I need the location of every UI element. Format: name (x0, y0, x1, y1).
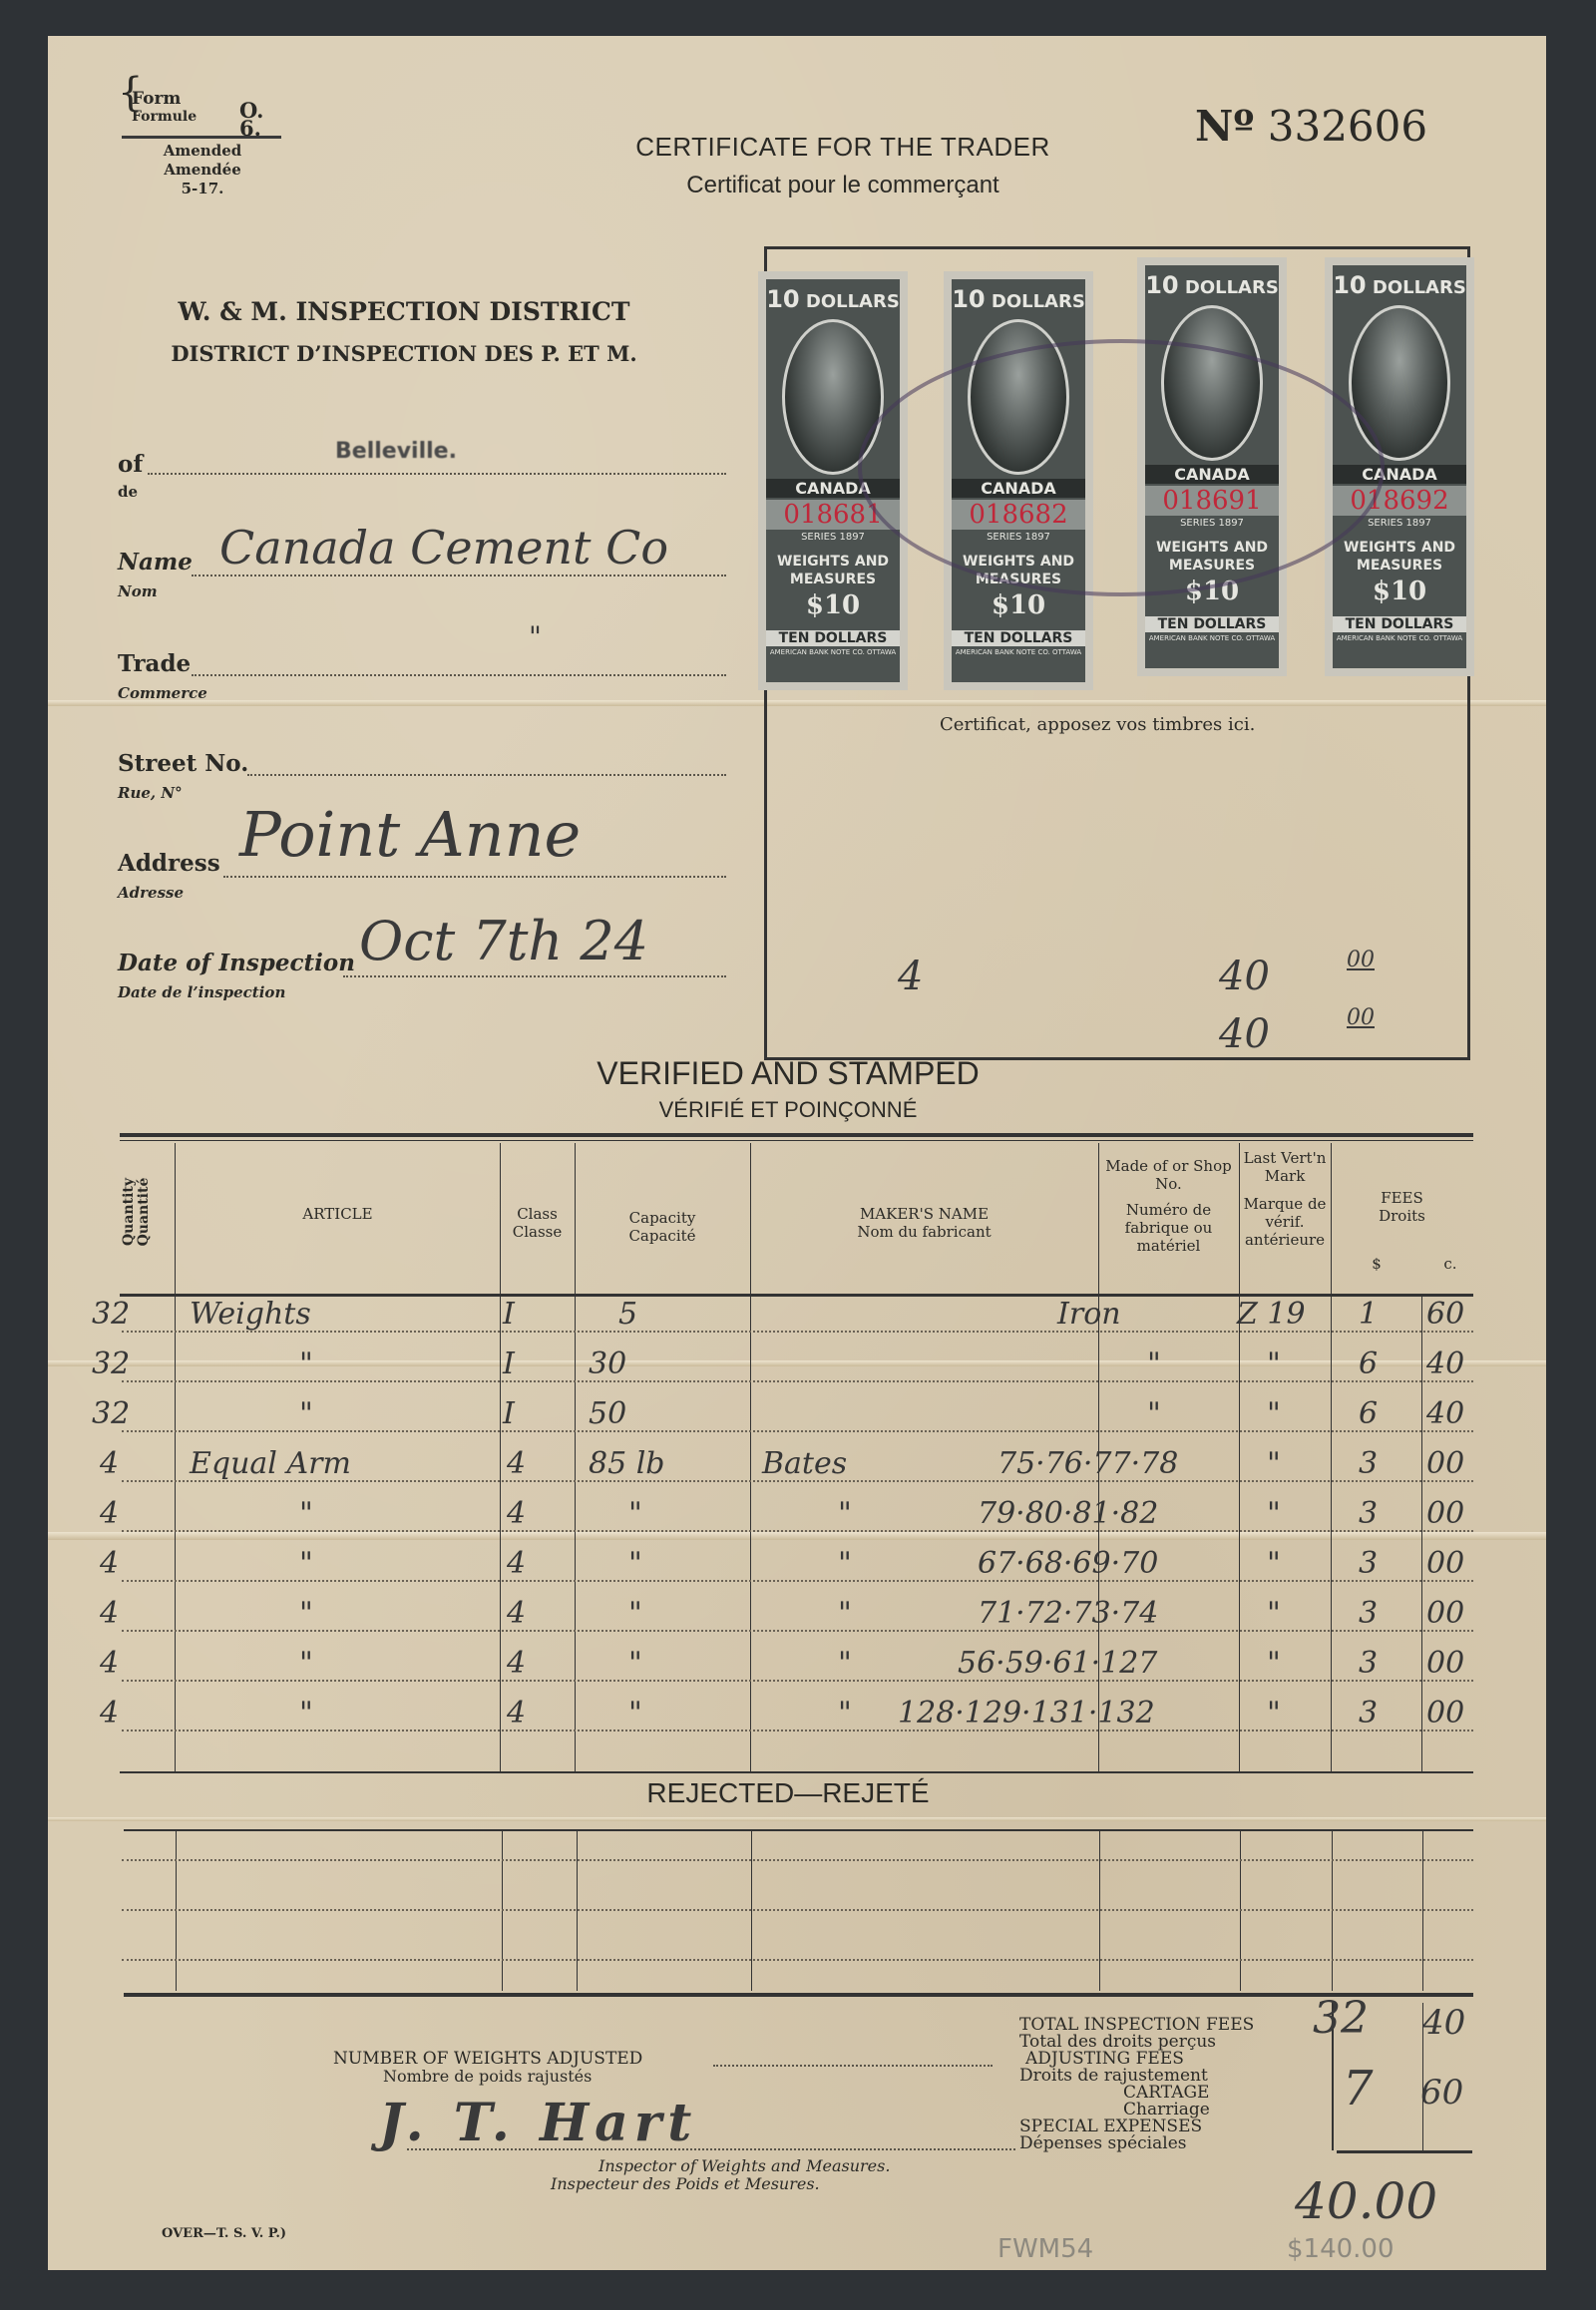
stamp-currency: DOLLARS (806, 291, 900, 312)
cell-dollars: 3 (1359, 1696, 1378, 1731)
cell-cents: 60 (1426, 1297, 1464, 1332)
header-last-mark-label-fr: Marque de vérif. antérieure (1239, 1195, 1331, 1249)
rejected-row (122, 1909, 1473, 1911)
cell-made-of: 79·80·81·82 (978, 1496, 1158, 1531)
cell-class: I (503, 1297, 515, 1332)
cell-qty: 4 (100, 1446, 119, 1481)
weights-adjusted-label: NUMBER OF WEIGHTS ADJUSTED (333, 2049, 642, 2069)
cell-last-mark: " (1267, 1446, 1281, 1481)
stamp-words: TEN DOLLARS (766, 630, 900, 646)
rejected-title: REJECTED—REJETÉ (299, 1777, 1277, 1809)
stamp-currency: DOLLARS (1185, 277, 1279, 298)
header-maker: MAKER'S NAME Nom du fabricant (750, 1205, 1098, 1241)
address-field-value: Point Anne (239, 798, 581, 871)
stamp-printer: AMERICAN BANK NOTE CO. OTTAWA (766, 648, 900, 656)
address-field-line (223, 876, 726, 878)
cell-last-mark: " (1267, 1496, 1281, 1531)
column-divider (176, 1831, 177, 1991)
header-fees: FEES Droits (1331, 1189, 1473, 1225)
column-divider (502, 1831, 503, 1991)
cell-cents: 00 (1426, 1546, 1464, 1581)
street-label: Street No. (118, 750, 248, 777)
cell-dollars: 3 (1359, 1646, 1378, 1681)
of-label-fr: de (118, 483, 138, 501)
fold-crease (48, 1360, 1546, 1366)
header-maker-label: MAKER'S NAME (750, 1205, 1098, 1223)
cell-qty: 4 (100, 1646, 119, 1681)
cell-qty: 4 (100, 1546, 119, 1581)
cell-class: 4 (507, 1596, 526, 1631)
trade-field-line (192, 674, 726, 676)
cancellation-postmark (858, 339, 1385, 596)
stamp-value: $10 (952, 590, 1085, 620)
header-article: ARTICLE (176, 1205, 500, 1223)
cartage-dollars: 7 (1343, 2061, 1374, 2117)
stamp-count: 4 (898, 954, 923, 999)
cell-dollars: 3 (1359, 1496, 1378, 1531)
column-divider (1422, 1831, 1423, 1991)
header-quantity: Quantity Quantité (122, 1157, 152, 1267)
number-prefix: Nº (1195, 102, 1254, 151)
column-divider (1240, 1831, 1241, 1991)
cell-qty: 32 (92, 1396, 130, 1431)
stamp-currency: DOLLARS (992, 291, 1085, 312)
cell-class: 4 (507, 1696, 526, 1731)
cell-cents: 40 (1426, 1347, 1464, 1381)
cell-last-mark: " (1267, 1546, 1281, 1581)
verified-title-fr: VÉRIFIÉ ET POINÇONNÉ (299, 1097, 1277, 1123)
cell-cents: 00 (1426, 1696, 1464, 1731)
total-fees-cents: 40 (1422, 2003, 1465, 2043)
certificate-number: Nº 332606 (1195, 102, 1427, 151)
cell-class: I (503, 1347, 515, 1381)
header-dollars: $ (1367, 1255, 1387, 1273)
cell-capacity: " (628, 1696, 642, 1731)
cell-class: 4 (507, 1496, 526, 1531)
stamp-printer: AMERICAN BANK NOTE CO. OTTAWA (1145, 634, 1279, 642)
cell-article: " (299, 1696, 313, 1731)
pencil-catalog-number: FWM54 (997, 2234, 1093, 2264)
header-made-of-label-fr: Numéro de fabrique ou matériel (1098, 1201, 1239, 1255)
cell-cents: 00 (1426, 1646, 1464, 1681)
street-field-line (247, 774, 726, 776)
cell-class: 4 (507, 1446, 526, 1481)
rejected-row (122, 1959, 1473, 1961)
header-made-of: Made of or Shop No. Numéro de fabrique o… (1098, 1157, 1239, 1255)
stamp-box-instruction: Certificat, apposez vos timbres ici. (940, 714, 1255, 735)
cell-article: Equal Arm (190, 1446, 351, 1481)
cell-article: " (299, 1646, 313, 1681)
rejected-top-rule (124, 1829, 1473, 1831)
cell-cents: 00 (1426, 1446, 1464, 1481)
header-capacity-label-fr: Capacité (575, 1227, 750, 1245)
stamp-printer: AMERICAN BANK NOTE CO. OTTAWA (952, 648, 1085, 656)
cell-article: " (299, 1396, 313, 1431)
number-value: 332606 (1268, 102, 1427, 151)
cell-last-mark: " (1267, 1347, 1281, 1381)
column-divider (1421, 1297, 1422, 1771)
cell-capacity: " (628, 1496, 642, 1531)
date-field-line (343, 975, 726, 977)
cell-last-mark: " (1267, 1396, 1281, 1431)
cell-dollars: 1 (1359, 1297, 1378, 1332)
brace-icon: { (118, 84, 143, 102)
of-field-line (148, 473, 726, 475)
divider (122, 136, 281, 139)
cell-made-of: 71·72·73·74 (978, 1596, 1158, 1631)
header-class: Class Classe (500, 1205, 575, 1241)
cell-class: 4 (507, 1546, 526, 1581)
cell-article: " (299, 1496, 313, 1531)
cell-capacity: " (628, 1646, 642, 1681)
header-quantity-label: Quantity (122, 1157, 137, 1267)
amended-date: 5-17. (148, 180, 257, 198)
header-capacity: Capacity Capacité (575, 1209, 750, 1245)
certificate-title: CERTIFICATE FOR THE TRADER (554, 132, 1132, 163)
cell-qty: 32 (92, 1297, 130, 1332)
column-divider (175, 1143, 176, 1771)
cell-capacity: 5 (618, 1297, 637, 1332)
special-expenses-label-fr: Dépenses spéciales (1019, 2135, 1186, 2152)
table-top-rule (120, 1140, 1473, 1141)
header-fees-label-fr: Droits (1331, 1207, 1473, 1225)
name-field-value: Canada Cement Co (219, 521, 668, 575)
stamp-amount: 40 (1219, 954, 1270, 999)
header-made-of-label: Made of or Shop No. (1098, 1157, 1239, 1193)
inspector-title-fr: Inspecteur des Poids et Mesures. (551, 2174, 820, 2193)
form-code: O. 6. (239, 102, 263, 138)
header-cents: c. (1440, 1255, 1460, 1273)
header-quantity-label-fr: Quantité (137, 1157, 152, 1267)
cell-made-of: 67·68·69·70 (978, 1546, 1158, 1581)
cell-dollars: 3 (1359, 1546, 1378, 1581)
cell-maker: " (838, 1546, 852, 1581)
cell-dollars: 6 (1359, 1396, 1378, 1431)
cell-cents: 40 (1426, 1396, 1464, 1431)
cell-capacity: 85 lb (589, 1446, 665, 1481)
stamp-amount-cents: 00 (1347, 948, 1375, 972)
stamp-amount-total: 40 (1219, 1011, 1270, 1057)
weights-adjusted-label-fr: Nombre de poids rajustés (383, 2067, 592, 2086)
cell-dollars: 6 (1359, 1347, 1378, 1381)
stamp-words: TEN DOLLARS (1145, 616, 1279, 632)
date-field-value: Oct 7th 24 (359, 910, 648, 972)
header-maker-label-fr: Nom du fabricant (750, 1223, 1098, 1241)
stamp-amount-total-cents: 00 (1347, 1005, 1375, 1030)
stamp-denomination: 10 (1333, 271, 1366, 299)
stamp-denomination: 10 (952, 285, 985, 313)
column-divider (577, 1831, 578, 1991)
signature-line (407, 2148, 1015, 2150)
inspector-title: Inspector of Weights and Measures. (598, 2156, 890, 2175)
address-label-fr: Adresse (118, 884, 184, 902)
cell-cents: 00 (1426, 1496, 1464, 1531)
weights-adjusted-field-line (713, 2065, 993, 2067)
district-title: W. & M. INSPECTION DISTRICT (120, 297, 688, 326)
fold-crease (48, 1532, 1546, 1540)
pencil-price: $140.00 (1287, 2234, 1395, 2264)
rejected-bottom-rule (124, 1993, 1473, 1997)
name-label-fr: Nom (118, 582, 158, 600)
stamp-currency: DOLLARS (1373, 277, 1466, 298)
stamp-purpose: WEIGHTS AND MEASURES (766, 553, 900, 588)
inspector-signature: J. T. Hart (379, 2093, 697, 2153)
header-capacity-label: Capacity (575, 1209, 750, 1227)
cell-capacity: " (628, 1546, 642, 1581)
total-fees-dollars: 32 (1313, 1993, 1369, 2044)
cell-class: I (503, 1396, 515, 1431)
cell-article: Weights (190, 1297, 311, 1332)
cell-capacity: " (628, 1596, 642, 1631)
column-divider (1331, 1143, 1332, 1771)
stamp-series: SERIES 1897 (766, 532, 900, 543)
stamp-value: $10 (1333, 577, 1466, 606)
cell-qty: 4 (100, 1696, 119, 1731)
column-divider (1332, 1831, 1333, 1991)
trade-label-fr: Commerce (118, 684, 207, 702)
over-notice: OVER—T. S. V. P.) (162, 2226, 286, 2241)
stamp-denomination: 10 (1145, 271, 1178, 299)
stamp-printer: AMERICAN BANK NOTE CO. OTTAWA (1333, 634, 1466, 642)
name-field-line (192, 575, 726, 577)
table-top-rule (120, 1133, 1473, 1137)
cell-cents: 00 (1426, 1596, 1464, 1631)
cell-maker: " (838, 1496, 852, 1531)
amended-label-fr: Amendée (148, 161, 257, 180)
table-bottom-rule (120, 1771, 1473, 1773)
cell-capacity: 50 (589, 1396, 626, 1431)
trade-field-value: " (529, 620, 542, 653)
header-last-mark: Last Vert'n Mark Marque de vérif. antéri… (1239, 1149, 1331, 1249)
cell-maker: " (838, 1596, 852, 1631)
district-title-fr: DISTRICT D’INSPECTION DES P. ET M. (120, 341, 688, 366)
cell-maker: " (838, 1696, 852, 1731)
cartage-cents: 60 (1420, 2073, 1463, 2113)
cell-made-of: 128·129·131·132 (898, 1696, 1155, 1731)
stamp-denomination: 10 (766, 285, 799, 313)
cell-made-of: " (1147, 1347, 1161, 1381)
amended-block: Amended Amendée 5-17. (148, 142, 257, 198)
amended-label: Amended (148, 142, 257, 161)
date-label-fr: Date de l’inspection (118, 983, 285, 1001)
header-class-label-fr: Classe (500, 1223, 575, 1241)
cell-last-mark: " (1267, 1596, 1281, 1631)
stamp-purpose: WEIGHTS AND MEASURES (1333, 539, 1466, 575)
of-label: of (118, 451, 143, 478)
column-divider (751, 1831, 752, 1991)
address-label: Address (118, 850, 220, 877)
stamp-words: TEN DOLLARS (1333, 616, 1466, 632)
cell-class: 4 (507, 1646, 526, 1681)
cell-maker: Bates (762, 1446, 847, 1481)
cell-article: " (299, 1596, 313, 1631)
cell-dollars: 3 (1359, 1446, 1378, 1481)
cell-article: " (299, 1546, 313, 1581)
cell-made-of: 56·59·61·127 (958, 1646, 1157, 1681)
cell-last-mark: " (1267, 1646, 1281, 1681)
trade-label: Trade (118, 650, 191, 677)
of-field-value: Belleville. (335, 439, 457, 464)
rejected-row (122, 1859, 1473, 1861)
form-number: { Form Formule O. 6. (132, 90, 197, 126)
cell-made-of: 75·76·77·78 (997, 1446, 1178, 1481)
cell-article: " (299, 1347, 313, 1381)
cell-dollars: 3 (1359, 1596, 1378, 1631)
street-label-fr: Rue, N° (118, 784, 183, 802)
cell-last-mark: Z 19 (1237, 1297, 1306, 1332)
cell-maker: " (838, 1646, 852, 1681)
certificate-subtitle: Certificat pour le commerçant (554, 172, 1132, 199)
fees-total-rule (1337, 2150, 1472, 2153)
cell-capacity: 30 (589, 1347, 626, 1381)
column-divider (1099, 1831, 1100, 1991)
header-last-mark-label: Last Vert'n Mark (1239, 1149, 1331, 1185)
stamp-value: $10 (766, 590, 900, 620)
cell-qty: 4 (100, 1596, 119, 1631)
cell-qty: 32 (92, 1347, 130, 1381)
cell-last-mark: " (1267, 1696, 1281, 1731)
fold-crease (48, 1817, 1546, 1821)
cell-made-of: " (1147, 1396, 1161, 1431)
date-label: Date of Inspection (118, 950, 355, 976)
header-fees-label: FEES (1331, 1189, 1473, 1207)
stamp-words: TEN DOLLARS (952, 630, 1085, 646)
name-label: Name (118, 549, 193, 576)
cell-qty: 4 (100, 1496, 119, 1531)
header-class-label: Class (500, 1205, 575, 1223)
grand-total-handwritten: 40.00 (1295, 2172, 1437, 2230)
cell-made-of: Iron (1057, 1297, 1121, 1332)
verified-title: VERIFIED AND STAMPED (299, 1055, 1277, 1092)
